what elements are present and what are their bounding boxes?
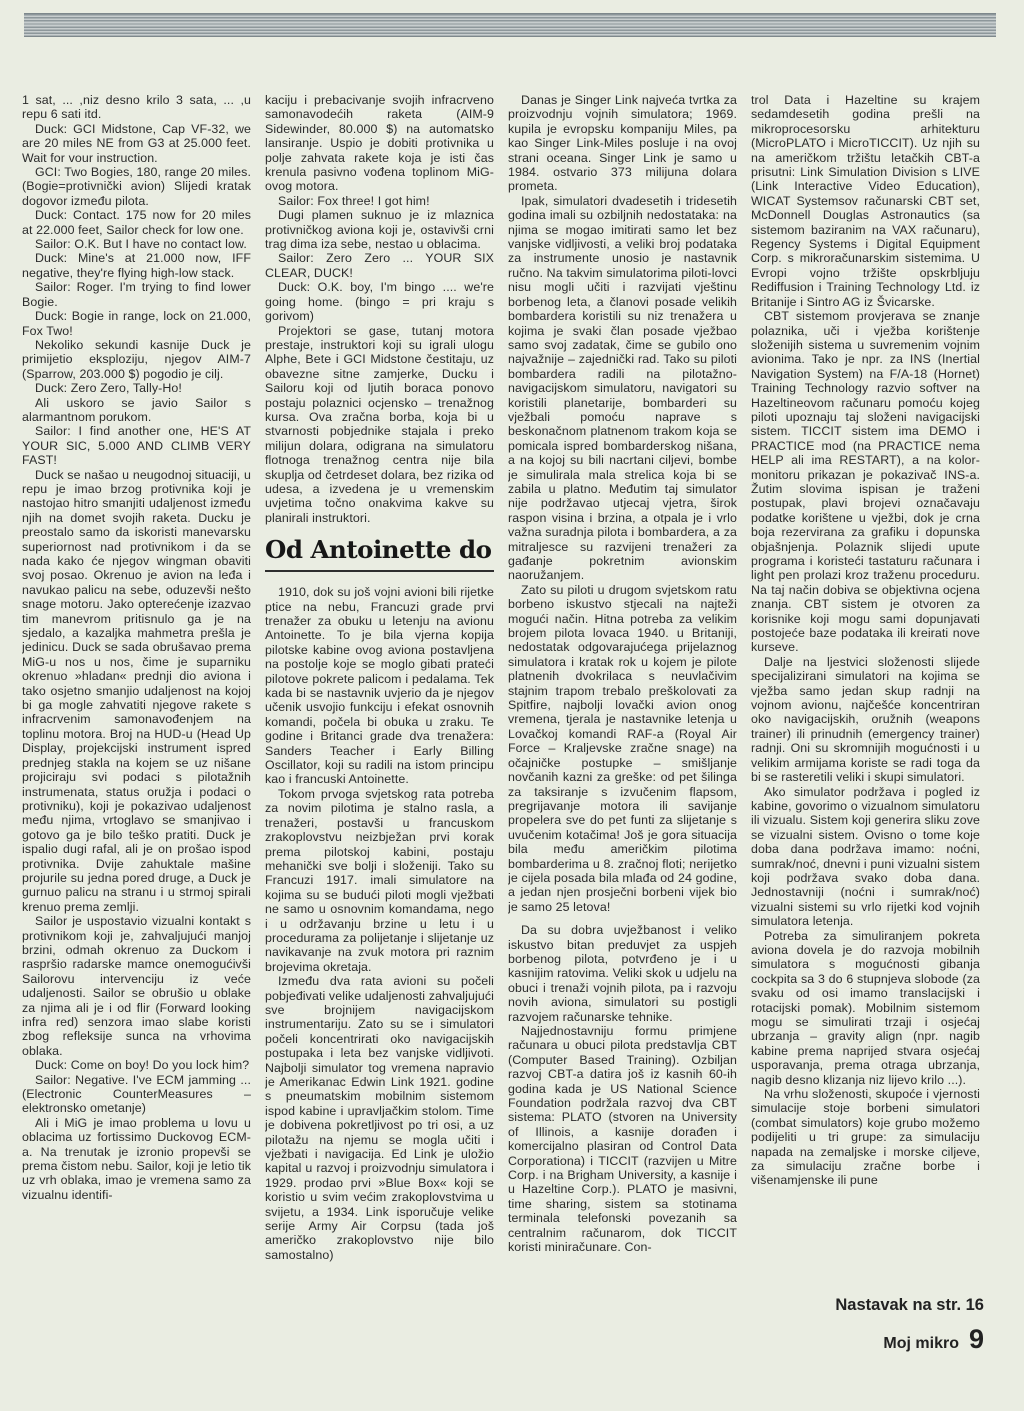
paragraph: Na vrhu složenosti, skupoće i vjernosti …	[751, 1087, 980, 1188]
paragraph: Duck: Contact. 175 now for 20 miles at 2…	[22, 208, 251, 237]
paragraph: Duck se našao u neugodnoj situaciji, u r…	[22, 468, 251, 915]
magazine-name: Moj mikro	[883, 1335, 959, 1353]
paragraph: 1 sat, ... ,niz desno krilo 3 sata, ... …	[22, 93, 251, 122]
paragraph: Projektori se gase, tutanj motora presta…	[265, 324, 494, 526]
paragraph: Duck: Bogie in range, lock on 21.000, Fo…	[22, 309, 251, 338]
paragraph: Potreba za simuliranjem pokreta aviona d…	[751, 929, 980, 1087]
page-footer: Moj mikro 9	[883, 1324, 984, 1355]
paragraph: Duck: Zero Zero, Tally-Ho!	[22, 381, 251, 395]
paragraph: Između dva rata avioni su počeli pobjeđi…	[265, 974, 494, 1262]
text-column-3: Danas je Singer Link najveća tvrtka za p…	[508, 93, 737, 1375]
paragraph: Duck: O.K. boy, I'm bingo .... we're goi…	[265, 280, 494, 323]
paragraph: GCI: Two Bogies, 180, range 20 miles. (B…	[22, 165, 251, 208]
paragraph: Ali i MiG je imao problema u lovu u obla…	[22, 1116, 251, 1202]
paragraph: Dalje na ljestvici složenosti slijede sp…	[751, 655, 980, 785]
paragraph: Sailor je uspostavio vizualni kontakt s …	[22, 914, 251, 1058]
paragraph: Ako simulator podržava i pogled iz kabin…	[751, 785, 980, 929]
text-column-4: trol Data i Hazeltine su krajem sedamdes…	[751, 93, 980, 1375]
magazine-page: 1 sat, ... ,niz desno krilo 3 sata, ... …	[0, 0, 1024, 1411]
page-number: 9	[969, 1324, 984, 1355]
paragraph: kaciju i prebacivanje svojih infracrveno…	[265, 93, 494, 194]
paragraph: Sailor: I find another one, HE'S AT YOUR…	[22, 424, 251, 467]
paragraph: Ipak, simulatori dvadesetih i tridesetih…	[508, 194, 737, 583]
paragraph: Sailor: Zero Zero ... YOUR SIX CLEAR, DU…	[265, 251, 494, 280]
paragraph: Danas je Singer Link najveća tvrtka za p…	[508, 93, 737, 194]
paragraph: Ali uskoro se javio Sailor s alarmantnom…	[22, 396, 251, 425]
article-body: 1 sat, ... ,niz desno krilo 3 sata, ... …	[22, 93, 994, 1375]
paragraph: 1910, dok su još vojni avioni bili rijet…	[265, 585, 494, 787]
text-column-2: kaciju i prebacivanje svojih infracrveno…	[265, 93, 494, 1375]
paragraph: Tokom prvoga svjetskog rata potreba za n…	[265, 787, 494, 974]
paragraph: Sailor: Negative. I've ECM jamming ... (…	[22, 1073, 251, 1116]
paragraph: Zato su piloti u drugom svjetskom ratu b…	[508, 583, 737, 914]
section-heading: Od Antoinette do ATF-a	[265, 537, 494, 563]
heading-rule	[265, 570, 494, 572]
paragraph: Sailor: O.K. But I have no contact low.	[22, 237, 251, 251]
paragraph: Da su dobra uvježbanost i veliko iskustv…	[508, 923, 737, 1024]
paragraph: Najjednostavniju formu primjene računara…	[508, 1024, 737, 1255]
page-top-decorative-bar	[24, 13, 996, 37]
paragraph: Sailor: Roger. I'm trying to find lower …	[22, 280, 251, 309]
continuation-notice: Nastavak na str. 16	[835, 1296, 984, 1315]
paragraph: Duck: GCI Midstone, Cap VF-32, we are 20…	[22, 122, 251, 165]
paragraph: Duck: Mine's at 21.000 now, IFF negative…	[22, 251, 251, 280]
paragraph: Nekoliko sekundi kasnije Duck je primije…	[22, 338, 251, 381]
paragraph: Sailor: Fox three! I got him!	[265, 194, 494, 208]
paragraph: Dugi plamen suknuo je iz mlaznica protiv…	[265, 208, 494, 251]
paragraph: trol Data i Hazeltine su krajem sedamdes…	[751, 93, 980, 309]
paragraph: CBT sistemom provjerava se znanje polazn…	[751, 309, 980, 655]
text-column-1: 1 sat, ... ,niz desno krilo 3 sata, ... …	[22, 93, 251, 1375]
paragraph: Duck: Come on boy! Do you lock him?	[22, 1058, 251, 1072]
